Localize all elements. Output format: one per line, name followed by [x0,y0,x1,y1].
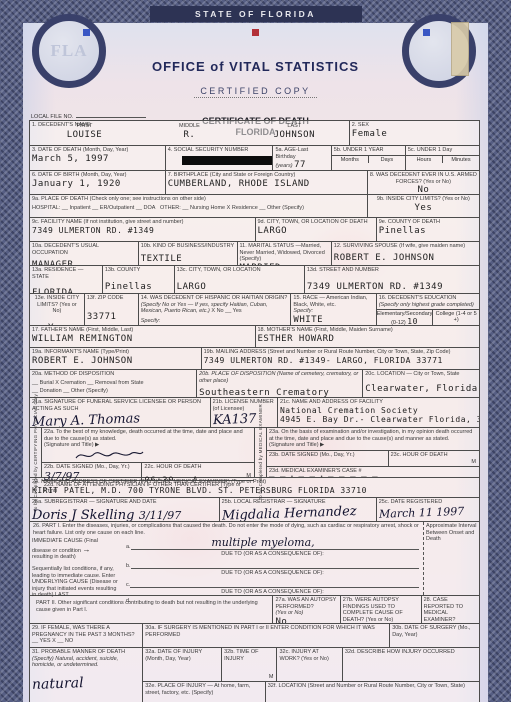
funeral-licensee-signature-field: 21a. SIGNATURE OF FUNERAL SERVICE LICENS… [30,398,210,427]
certificate-form: LOCAL FILE NO. 1. DECEDENT'S NAME FIRSTL… [29,111,480,702]
subregistrar-field: 25a. SUBREGISTRAR — SIGNATURE AND DATE D… [30,498,219,521]
medical-examiner-block: To be Completed by MEDICAL EXAMINER 23a.… [254,428,479,477]
facility-address-line: 4945 E. Bay Dr.- Clearwater Florida, 346… [280,415,477,424]
county-of-death-value: Pinellas [379,226,477,236]
name-last: JOHNSON [242,130,347,140]
zip-code-field: 13f. ZIP CODE 33771 [84,294,138,325]
examiner-attestation: 23a. On the basis of examination and/or … [267,428,479,450]
cause-of-death-block: 26. PART I. Enter the diseases, injuries… [29,522,480,596]
autopsy-performed-field: 27a. WAS AN AUTOPSY PERFORMED? (Yes or N… [272,596,339,623]
under-1-year-field: 5b. UNDER 1 YEAR MonthsDays [331,146,405,170]
age-value: 77 [294,160,306,170]
license-number-value: KA137 [212,411,275,427]
death-certificate-scan: STATE OF FLORIDA FLA OFFICE of VITAL STA… [0,0,511,702]
facility-name-line: National Cremation Society [280,406,477,415]
age-field: 5a. AGE-Last Birthday (years) 77 [272,146,330,170]
mother-name-value: ESTHER HOWARD [258,334,478,344]
mother-name-field: 18. MOTHER'S NAME (First, Middle, Maiden… [255,326,480,347]
injury-time-field: 32b. TIME OF INJURY M [221,648,276,681]
medical-examiner-strip: To be Completed by MEDICAL EXAMINER [255,428,267,477]
residence-city-limits-value: Yes [32,323,82,325]
cause-left-labels: IMMEDIATE CAUSE (Final disease or condit… [30,537,122,604]
zip-code-value: 33771 [87,312,136,322]
local-registrar-field: 25b. LOCAL REGISTRAR — SIGNATURE Migdali… [219,498,376,521]
residence-state-field: 13a. RESIDENCE — STATE FLORIDA [30,266,102,293]
registration-mark-center [252,29,259,36]
father-name-value: WILLIAM REMINGTON [32,334,253,344]
surviving-spouse-value: ROBERT E. JOHNSON [334,253,477,263]
state-banner: STATE OF FLORIDA [150,6,362,22]
examiner-hour-field: 23c. HOUR OF DEATH M [388,451,479,466]
ssn-redaction-bar [182,156,273,165]
residence-county-field: 13b. COUNTY Pinellas [102,266,174,293]
disposition-place-field: 20b. PLACE OF DISPOSITION (Name of cemet… [196,370,362,397]
injury-location-field: 32f. LOCATION (Street and Number or Rura… [265,682,479,702]
pregnancy-field: 29. IF FEMALE, WAS THERE A PREGNANCY IN … [30,624,142,647]
father-name-field: 17. FATHER'S NAME (First, Middle, Last) … [30,326,255,347]
date-of-birth-value: January 1, 1920 [32,179,163,189]
ssn-field: 4. SOCIAL SECURITY NUMBER [165,146,273,170]
informant-address-value: 7349 ULMERTON RD. #1349- LARGO, FLORIDA … [204,356,477,365]
certifier-attestation: 22a. To the best of my knowledge, death … [42,428,254,462]
part1-instructions: 26. PART I. Enter the diseases, injuries… [30,522,423,537]
certifier-name-address-field: 24. NAME AND ADDRESS OF CERTIFIER (PHYSI… [30,478,479,497]
injury-description-field: 32d. DESCRIBE HOW INJURY OCCURRED [342,648,479,681]
industry-value: TEXTILE [141,254,235,264]
residence-state-value: FLORIDA [32,288,100,293]
injury-date-field: 32a. DATE OF INJURY (Month, Day, Year) [143,648,221,681]
county-of-death-field: 9e. COUNTY OF DEATH Pinellas [376,218,479,241]
cause-lines: a. multiple myeloma, DUE TO (OR AS A CON… [122,537,423,604]
birthplace-field: 7. BIRTHPLACE (City and State or Foreign… [165,171,367,194]
residence-city-limits-field: 13e. INSIDE CITY LIMITS? (Yes or No) Yes [30,294,84,325]
informant-name-value: ROBERT E. JOHNSON [32,356,199,366]
race-field: 15. RACE — American Indian, Black, White… [290,294,375,325]
reported-to-examiner-field: 28. CASE REPORTED TO MEDICAL EXAMINER? (… [421,596,479,623]
residence-street-value: 7349 ULMERTON RD. #1349 [307,282,477,292]
manner-of-death-field: 31. PROBABLE MANNER OF DEATH (Specify) N… [30,648,142,702]
armed-forces-value: No [370,185,477,194]
certifier-name-address-value: KIRIT PATEL, M.D. 700 TYRONE BLVD. ST. P… [32,486,477,495]
residence-city-value: LARGO [177,282,302,292]
marital-status-field: 11. MARITAL STATUS —Married, Never Marri… [237,242,331,265]
under-1-day-field: 5c. UNDER 1 Day HoursMinutes [405,146,479,170]
embossed-seal-left: FLA [32,14,106,88]
injury-place-field: 32e. PLACE OF INJURY — At home, farm, st… [143,682,265,702]
residence-city-field: 13c. CITY, TOWN, OR LOCATION LARGO [174,266,304,293]
inside-city-limits-death-field: 9b. INSIDE CITY LIMITS? (Yes or No) Yes [367,195,479,217]
autopsy-performed-value: No [275,617,337,623]
occupation-field: 10a. DECEDENT'S USUAL OCCUPATION MANAGER [30,242,138,265]
certifier-signature-scribble [74,449,144,461]
seal-watermark: FLA [51,41,88,61]
disposition-method-field: 20a. METHOD OF DISPOSITION __ Burial X C… [30,370,196,397]
city-of-death-value: LARGO [258,226,374,236]
decedent-name-field: 1. DECEDENT'S NAME FIRSTLOUISE MIDDLER. … [30,121,349,145]
injury-at-work-field: 32c. INJURY AT WORK? (Yes or No) [276,648,341,681]
surgery-date-field: 30b. DATE OF SURGERY (Mo., Day, Year) [389,624,479,647]
birthplace-value: CUMBERLAND, RHODE ISLAND [168,179,365,189]
examiner-date-signed-field: 23b. DATE SIGNED (Mo., Day, Yr.) [267,451,388,466]
surgery-condition-field: 30a. IF SURGERY IS MENTIONED IN PART I o… [142,624,389,647]
informant-address-field: 19b. MAILING ADDRESS (Street and Number … [201,348,479,369]
interval-column: Approximate Interval Between Onset and D… [423,522,479,595]
underlying-cause-instructions: Sequentially list conditions, if any, le… [32,566,120,599]
place-of-death-field: 9a. PLACE OF DEATH (Check only one; see … [30,195,367,217]
hispanic-origin-field: 14. WAS DECEDENT OF HISPANIC OR HAITIAN … [138,294,291,325]
sex-field: 2. SEX Female [349,121,479,145]
part2-field: PART II. Other significant conditions co… [30,596,272,623]
marital-status-value: MARRIED [240,263,329,265]
date-of-death-field: 3. DATE OF DEATH (Month, Day, Year) Marc… [30,146,165,170]
license-number-field: 21b. LICENSE NUMBER (of Licensee) KA137 [210,398,277,427]
date-registered-field: 25c. DATE REGISTERED March 11 1997 [376,498,479,521]
disposition-place-value: Southeastern Crematory [199,388,360,397]
disposition-location-field: 20c. LOCATION — City or Town, State Clea… [362,370,479,397]
name-first: LOUISE [32,130,137,140]
sex-value: Female [352,129,477,139]
local-file-no: LOCAL FILE NO. [29,111,480,120]
race-value: WHITE [293,315,373,325]
facility-name-field: 9c. FACILITY NAME (If not institution, g… [30,218,255,241]
certifying-physician-strip: To be Completed by CERTIFYING PHYSICIAN … [30,428,42,477]
registration-mark-right [423,29,430,36]
certifying-physician-block: To be Completed by CERTIFYING PHYSICIAN … [30,428,254,477]
immediate-cause-value: multiple myeloma, [211,536,314,549]
residence-county-value: Pinellas [105,282,172,292]
surviving-spouse-field: 12. SURVIVING SPOUSE (If wife, give maid… [331,242,479,265]
subregistrar-signature: Doris J Skelling [32,508,134,521]
certified-copy-label: CERTIFIED COPY [23,81,488,99]
industry-field: 10b. KIND OF BUSINESS/INDUSTRY TEXTILE [138,242,237,265]
facility-name-value: 7349 ULMERTON RD. #1349 [32,226,253,235]
cause-arrow: → [82,545,90,554]
tab-sticker [451,22,469,76]
city-of-death-field: 9d. CITY, TOWN, OR LOCATION OF DEATH LAR… [255,218,376,241]
education-value: 10 [407,317,418,325]
subregistrar-date: 3/11/97 [139,509,181,521]
inside-city-limits-death-value: Yes [370,203,477,213]
armed-forces-field: 8. WAS DECEDENT EVER IN U.S. ARMED FORCE… [367,171,479,194]
occupation-value: MANAGER [32,260,136,265]
autopsy-findings-field: 27b. WERE AUTOPSY FINDINGS USED TO COMPL… [340,596,421,623]
facility-address-field: 21c. NAME AND ADDRESS OF FACILITY Nation… [277,398,479,427]
date-registered-value: March 11 1997 [379,504,478,520]
education-field: 16. DECEDENT'S EDUCATION (Specify only h… [376,294,479,325]
date-of-death-value: March 5, 1997 [32,154,163,164]
manner-of-death-value: natural [32,673,141,693]
registration-mark-left [83,29,90,36]
local-registrar-signature: Migdalia Hernandez [221,503,374,521]
name-middle: R. [137,130,242,140]
field-label: 1. DECEDENT'S NAME [32,122,91,129]
residence-street-field: 13d. STREET AND NUMBER 7349 ULMERTON RD.… [304,266,479,293]
disposition-location-value: Clearwater, Florida [365,384,477,394]
informant-name-field: 19a. INFORMANT'S NAME (Type/Print) ROBER… [30,348,201,369]
date-of-birth-field: 6. DATE OF BIRTH (Month, Day, Year) Janu… [30,171,165,194]
